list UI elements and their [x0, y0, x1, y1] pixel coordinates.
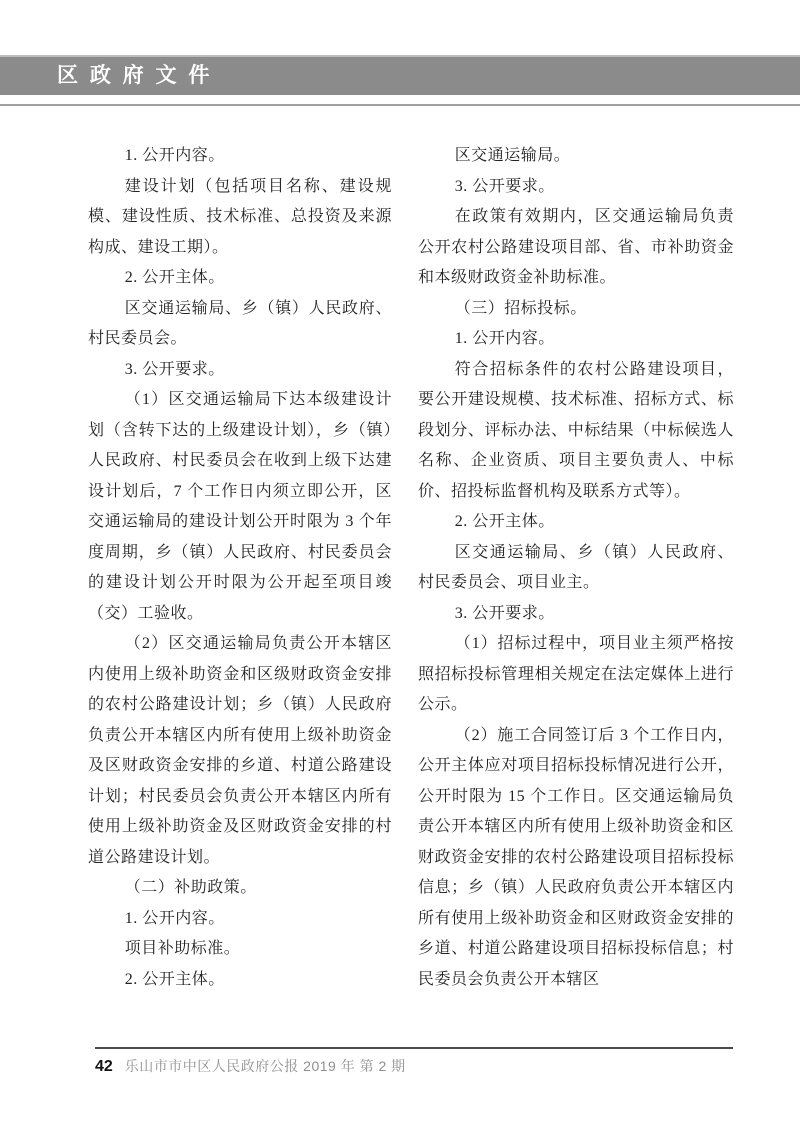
body-paragraph: （2）区交通运输局负责公开本辖区内使用上级补助资金和区级财政资金安排的农村公路建…: [88, 629, 392, 873]
body-paragraph: 2. 公开主体。: [88, 965, 392, 996]
right-text-column: 区交通运输局。 3. 公开要求。 在政策有效期内，区交通运输局负责公开农村公路建…: [418, 141, 734, 995]
body-paragraph: （2）施工合同签订后 3 个工作日内，公开主体应对项目招标投标情况进行公开，公开…: [418, 721, 734, 996]
body-paragraph: 1. 公开内容。: [418, 324, 734, 355]
page-number: 42: [95, 1058, 113, 1076]
body-paragraph: 1. 公开内容。: [88, 904, 392, 935]
body-paragraph: 项目补助标准。: [88, 934, 392, 965]
body-paragraph: 区交通运输局、乡（镇）人民政府、村民委员会。: [88, 294, 392, 355]
body-paragraph: 3. 公开要求。: [418, 172, 734, 203]
header-banner: 区 政 府 文 件: [0, 55, 800, 95]
body-paragraph: 1. 公开内容。: [88, 141, 392, 172]
publication-title: 乐山市市中区人民政府公报 2019 年 第 2 期: [125, 1056, 406, 1076]
page-title: 区 政 府 文 件: [57, 57, 212, 95]
body-paragraph: 区交通运输局、乡（镇）人民政府、村民委员会、项目业主。: [418, 538, 734, 599]
body-paragraph: 在政策有效期内，区交通运输局负责公开农村公路建设项目部、省、市补助资金和本级财政…: [418, 202, 734, 294]
body-paragraph: 3. 公开要求。: [418, 599, 734, 630]
gazette-page: 区 政 府 文 件 1. 公开内容。 建设计划（包括项目名称、建设规模、建设性质…: [0, 0, 800, 1131]
body-paragraph: 3. 公开要求。: [88, 355, 392, 386]
body-paragraph: （1）区交通运输局下达本级建设计划（含转下达的上级建设计划），乡（镇）人民政府、…: [88, 385, 392, 629]
body-paragraph: （二）补助政策。: [88, 873, 392, 904]
body-paragraph: 2. 公开主体。: [418, 507, 734, 538]
header-divider: [0, 104, 800, 106]
body-paragraph: 符合招标条件的农村公路建设项目，要公开建设规模、技术标准、招标方式、标段划分、评…: [418, 355, 734, 508]
body-paragraph: （1）招标过程中，项目业主须严格按照招标投标管理相关规定在法定媒体上进行公示。: [418, 629, 734, 721]
body-paragraph: （三）招标投标。: [418, 294, 734, 325]
left-text-column: 1. 公开内容。 建设计划（包括项目名称、建设规模、建设性质、技术标准、总投资及…: [88, 141, 392, 995]
body-paragraph: 建设计划（包括项目名称、建设规模、建设性质、技术标准、总投资及来源构成、建设工期…: [88, 172, 392, 264]
body-paragraph: 区交通运输局。: [418, 141, 734, 172]
footer-divider: [95, 1047, 733, 1049]
body-paragraph: 2. 公开主体。: [88, 263, 392, 294]
footer: 42 乐山市市中区人民政府公报 2019 年 第 2 期: [95, 1056, 735, 1076]
